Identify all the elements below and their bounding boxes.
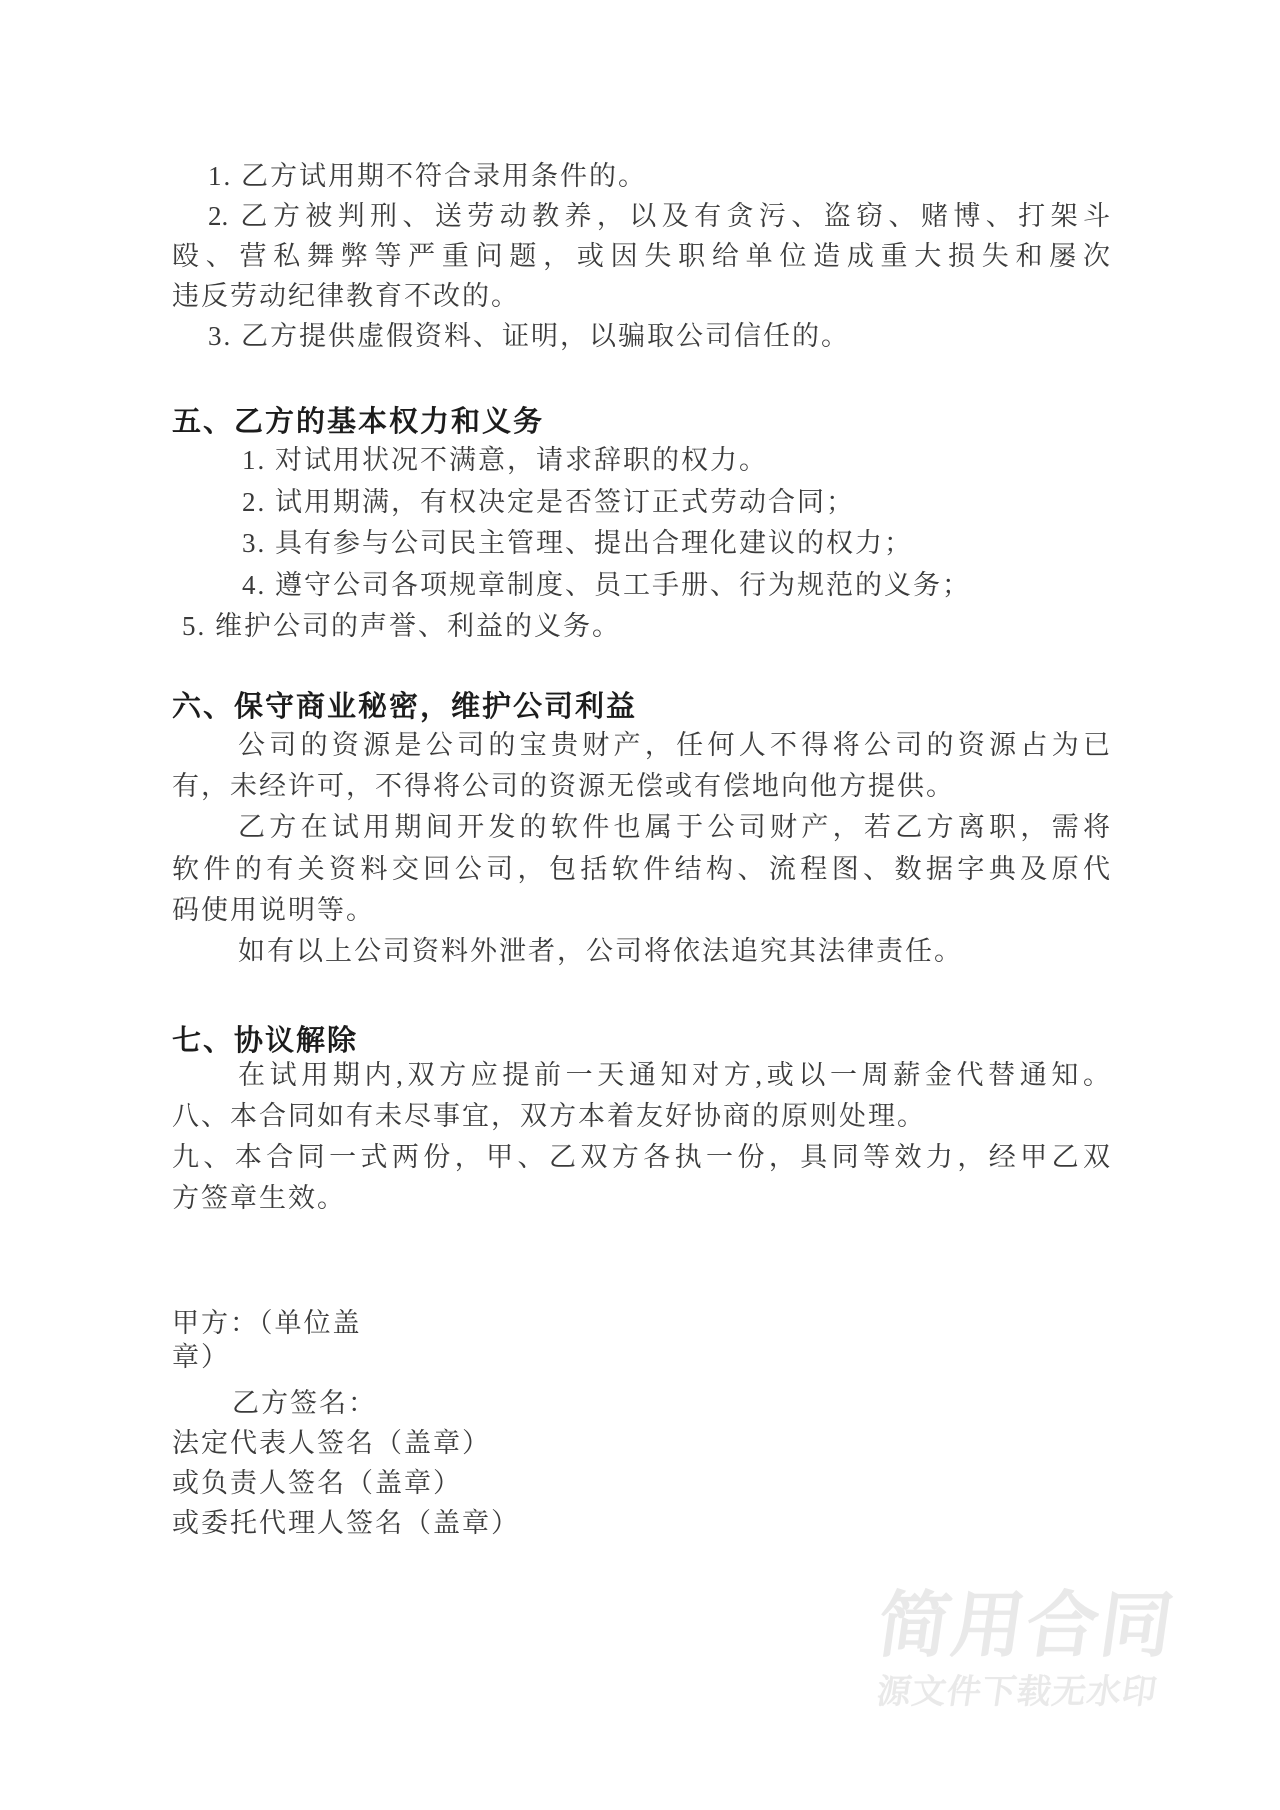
section-8-line: 八、本合同如有未尽事宜，双方本着友好协商的原则处理。 [172,1096,1110,1137]
section-6-para-1-line-1: 公司的资源是公司的宝贵财产，任何人不得将公司的资源占为已 [172,725,1110,766]
contract-document-page: 1. 乙方试用期不符合录用条件的。 2. 乙方被判刑、送劳动教养，以及有贪污、盗… [0,0,1280,1810]
section-5-heading: 五、乙方的基本权力和义务 [172,402,1110,442]
clause-item-3: 3. 乙方提供虚假资料、证明，以骗取公司信任的。 [172,316,1110,356]
section-6-para-2-line-1: 乙方在试用期间开发的软件也属于公司财产，若乙方离职，需将 [172,807,1110,848]
party-b-label: 乙方签名： [172,1383,1110,1423]
section-5-item-3: 3. 具有参与公司民主管理、提出合理化建议的权力； [172,523,1110,565]
termination-clauses-block: 1. 乙方试用期不符合录用条件的。 2. 乙方被判刑、送劳动教养，以及有贪污、盗… [172,156,1110,356]
section-5-items-block: 1. 对试用状况不满意，请求辞职的权力。 2. 试用期满，有权决定是否签订正式劳… [172,440,1110,648]
sign-option-3: 或委托代理人签名（盖章） [172,1503,1110,1543]
sign-option-2: 或负责人签名（盖章） [172,1463,1110,1503]
watermark: 简用合同 源文件下载无水印 [863,1588,1182,1712]
section-6-heading: 六、保守商业秘密，维护公司利益 [172,687,1110,727]
section-6-para-2-line-2: 软件的有关资料交回公司，包括软件结构、流程图、数据字典及原代 [172,849,1110,890]
party-a-line-2: 章） [172,1340,1110,1374]
watermark-subtitle: 源文件下载无水印 [863,1672,1171,1712]
section-6-para-2-line-3: 码使用说明等。 [172,890,1110,931]
section-5-item-2: 2. 试用期满，有权决定是否签订正式劳动合同； [172,482,1110,524]
clause-item-2-line-1: 2. 乙方被判刑、送劳动教养，以及有贪污、盗窃、赌博、打架斗 [172,196,1110,236]
section-5-item-1: 1. 对试用状况不满意，请求辞职的权力。 [172,440,1110,482]
section-6-para-1-line-2: 有，未经许可，不得将公司的资源无偿或有偿地向他方提供。 [172,766,1110,807]
clause-item-2-line-2: 殴、营私舞弊等严重问题，或因失职给单位造成重大损失和屡次 [172,236,1110,276]
section-7-para: 在试用期内,双方应提前一天通知对方,或以一周薪金代替通知。 [172,1055,1110,1096]
watermark-title: 简用合同 [870,1588,1183,1664]
sign-options-block: 法定代表人签名（盖章） 或负责人签名（盖章） 或委托代理人签名（盖章） [172,1423,1110,1543]
section-5-item-5: 5. 维护公司的声誉、利益的义务。 [172,606,1110,648]
party-b-signature-block: 乙方签名： [172,1383,1110,1423]
sections-7-8-9-block: 在试用期内,双方应提前一天通知对方,或以一周薪金代替通知。 八、本合同如有未尽事… [172,1055,1110,1219]
section-6-para-3: 如有以上公司资料外泄者，公司将依法追究其法律责任。 [172,931,1110,972]
section-9-line-2: 方签章生效。 [172,1178,1110,1219]
clause-item-2-line-3: 违反劳动纪律教育不改的。 [172,276,1110,316]
section-9-line-1: 九、本合同一式两份，甲、乙双方各执一份，具同等效力，经甲乙双 [172,1137,1110,1178]
clause-item-1: 1. 乙方试用期不符合录用条件的。 [172,156,1110,196]
section-5-item-4: 4. 遵守公司各项规章制度、员工手册、行为规范的义务； [172,565,1110,607]
sign-option-1: 法定代表人签名（盖章） [172,1423,1110,1463]
party-a-signature-block: 甲方：（单位盖 章） [172,1306,1110,1374]
party-a-line-1: 甲方：（单位盖 [172,1306,1110,1340]
section-6-body-block: 公司的资源是公司的宝贵财产，任何人不得将公司的资源占为已 有，未经许可，不得将公… [172,725,1110,972]
